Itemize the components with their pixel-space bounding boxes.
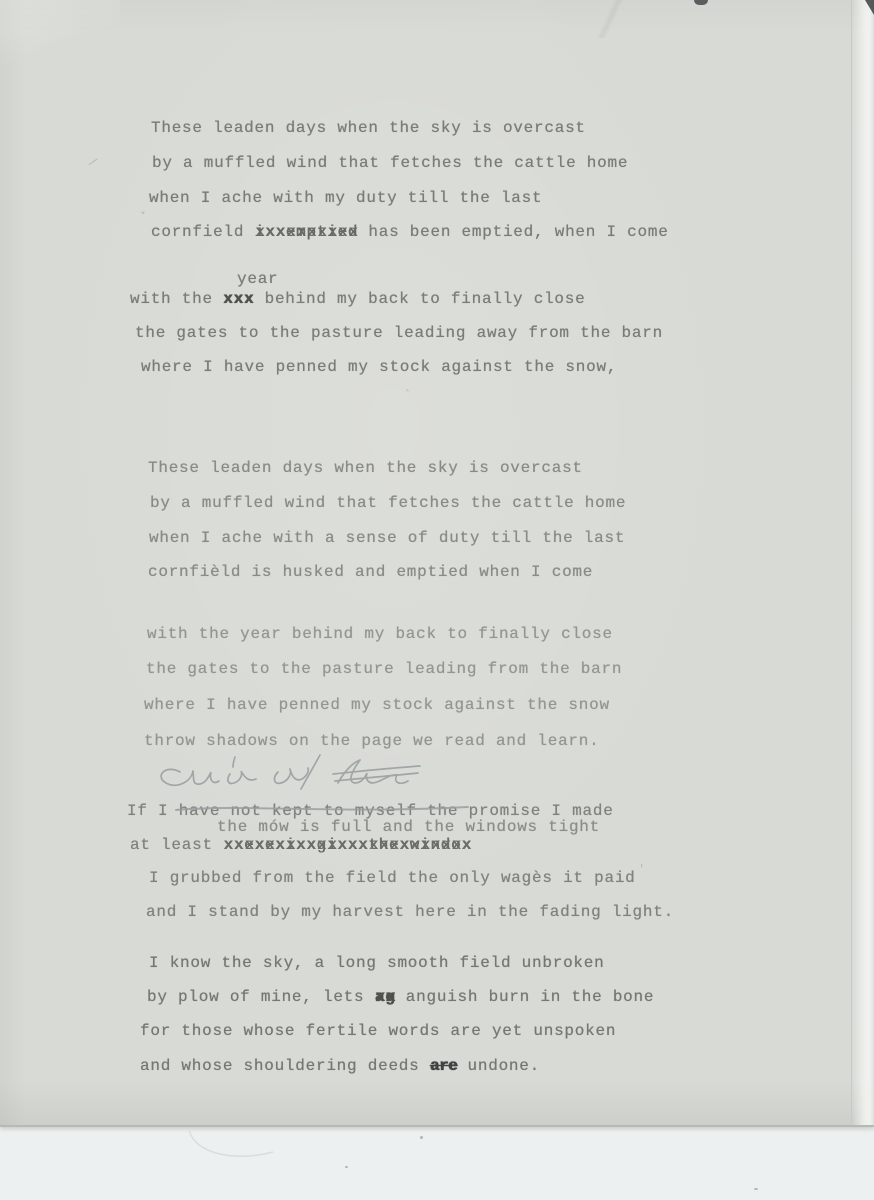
- typed-line: at least xxexexixxgixxxthexwindoxxxxxxxx…: [130, 836, 472, 855]
- typed-segment: with the: [130, 290, 223, 308]
- overtyped-word: agxx: [375, 988, 396, 1007]
- typed-segment: at least: [130, 836, 223, 854]
- typed-line: throw shadows on the page we read and le…: [144, 732, 599, 751]
- struck-out-word: are: [430, 1057, 457, 1075]
- typed-segment: undone.: [457, 1057, 540, 1075]
- overtyped-word: ixxemptiedxxxxxxxxxx: [255, 223, 359, 242]
- typed-line: These leaden days when the sky is overca…: [151, 119, 586, 138]
- typed-insertion: the mów is full and the windows tight: [217, 818, 600, 837]
- paper-crease: [0, 0, 120, 70]
- typed-line: for those whose fertile words are yet un…: [140, 1022, 616, 1041]
- stray-pencil-mark: ': [640, 862, 643, 876]
- typed-line: where I have penned my stock against the…: [141, 358, 617, 377]
- paper-edge: [851, 0, 874, 1125]
- scan-speck: [345, 1166, 348, 1168]
- struck-out-word: xxx: [223, 290, 254, 308]
- edge-shadow: [694, 0, 708, 5]
- handwritten-annotation: This is not the: [150, 752, 440, 804]
- typed-line: cornfièld is husked and emptied when I c…: [148, 563, 593, 582]
- scan-speck: [420, 1136, 423, 1139]
- overtyped-run: xxexexixxgixxxthexwindoxxxxxxxxxxxxxxxxx…: [223, 836, 471, 855]
- typed-line: the gates to the pasture leading from th…: [146, 660, 622, 679]
- pencil-strikethrough: [174, 801, 470, 817]
- typed-line: by a muffled wind that fetches the cattl…: [152, 154, 628, 173]
- typed-line: I know the sky, a long smooth field unbr…: [149, 954, 604, 973]
- typed-line: cornfield ixxemptiedxxxxxxxxxx has been …: [151, 223, 669, 242]
- typed-segment: If I: [127, 802, 179, 820]
- typed-line: and I stand by my harvest here in the fa…: [146, 903, 674, 922]
- typed-segment: has been emptied, when I come: [358, 223, 669, 241]
- typed-segment: by plow of mine, lets: [147, 988, 375, 1006]
- corner-shadow: [865, 0, 874, 15]
- typed-line: with the year behind my back to finally …: [147, 625, 613, 644]
- typed-line: These leaden days when the sky is overca…: [148, 459, 583, 478]
- typed-line: and whose shouldering deeds are undone.: [140, 1057, 540, 1076]
- typed-segment: xxxxxxxxxxxxxxxxxxxxxxxx: [224, 836, 472, 855]
- scan-speck: [754, 1188, 758, 1190]
- scan-artifact-curve: [185, 1128, 275, 1164]
- typed-segment: behind my back to finally close: [254, 290, 585, 308]
- typed-segment: anguish burn in the bone: [395, 988, 654, 1006]
- paper-crease: [575, 0, 645, 38]
- typed-line: the gates to the pasture leading away fr…: [135, 324, 663, 343]
- typed-segment: xx: [375, 988, 396, 1007]
- typed-line: by plow of mine, lets agxx anguish burn …: [147, 988, 654, 1007]
- typed-line: where I have penned my stock against the…: [144, 696, 610, 715]
- typed-insertion: year: [237, 270, 278, 289]
- typed-line: with the xxx behind my back to finally c…: [130, 290, 585, 309]
- typed-line: by a muffled wind that fetches the cattl…: [150, 494, 626, 513]
- typed-line: when I ache with a sense of duty till th…: [149, 529, 625, 548]
- typed-segment: xxxxxxxxxx: [255, 223, 359, 242]
- stray-pencil-mark: `: [405, 388, 411, 402]
- typed-line: when I ache with my duty till the last: [149, 189, 542, 208]
- typed-line: I grubbed from the field the only wagès …: [149, 869, 636, 888]
- typed-segment: cornfield: [151, 223, 255, 241]
- typed-segment: and whose shouldering deeds: [140, 1057, 430, 1075]
